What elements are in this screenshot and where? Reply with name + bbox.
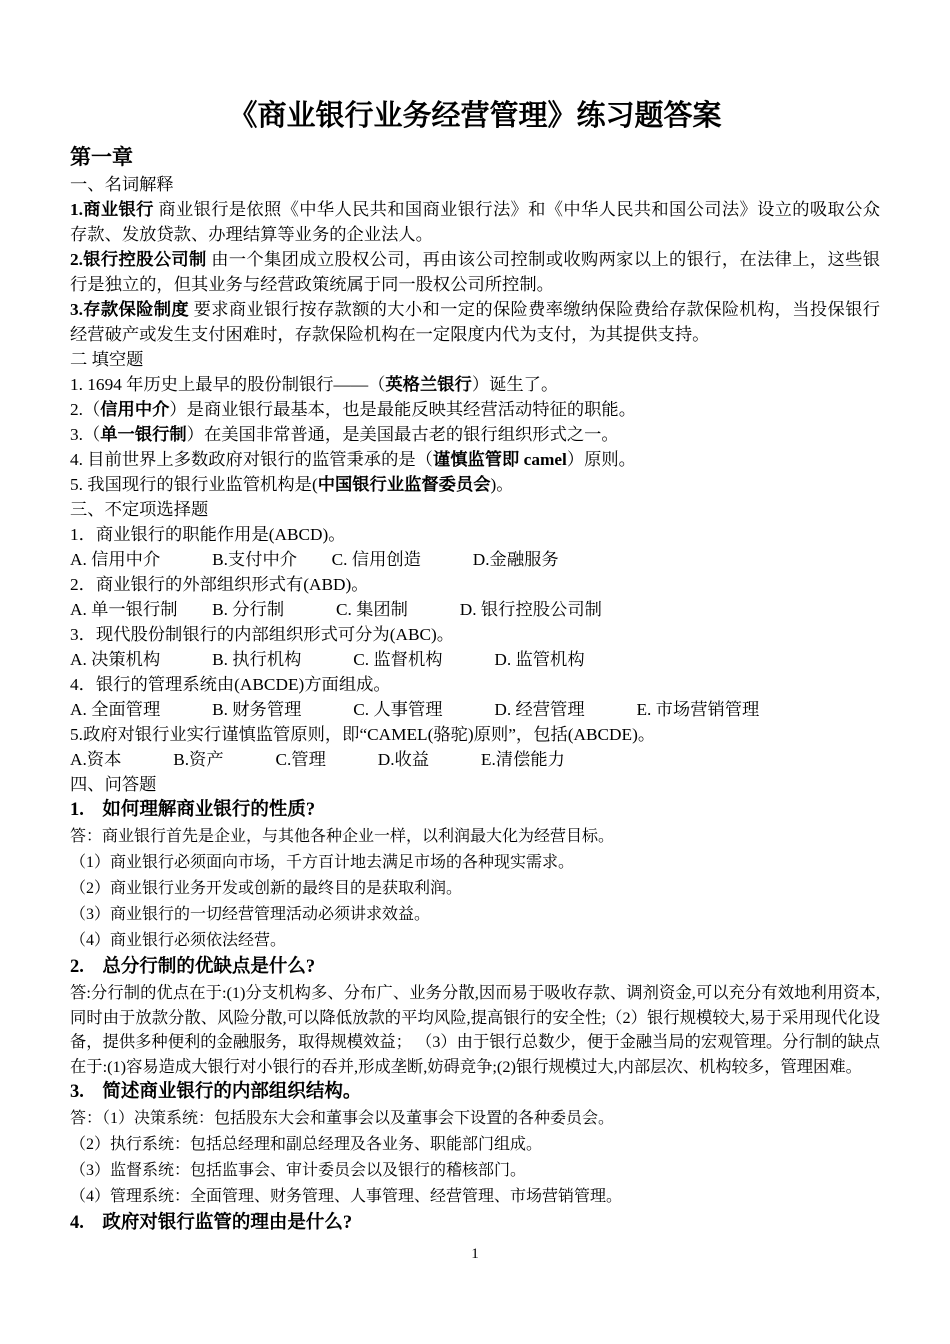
- section-heading-choice: 三、不定项选择题: [70, 497, 880, 522]
- qa-answer-line: （4）商业银行必须依法经营。: [70, 928, 880, 954]
- choice-question: 2．商业银行的外部组织形式有(ABD)。: [70, 572, 880, 597]
- fill-pre: 1. 1694 年历史上最早的股份制银行——（: [70, 375, 385, 394]
- term-item: 1.商业银行 商业银行是依照《中华人民共和国商业银行法》和《中华人民共和国公司法…: [70, 197, 880, 247]
- qa-answer-line: 答：商业银行首先是企业，与其他各种企业一样，以利润最大化为经营目标。: [70, 824, 880, 850]
- choice-options: A. 全面管理 B. 财务管理 C. 人事管理 D. 经营管理 E. 市场营销管…: [70, 697, 880, 722]
- qa-answer-paragraph: 答:分行制的优点在于:(1)分支机构多、分布广、业务分散,因而易于吸收存款、调剂…: [70, 981, 880, 1079]
- choice-question: 4．银行的管理系统由(ABCDE)方面组成。: [70, 672, 880, 697]
- fill-pre: 2.（: [70, 400, 100, 419]
- choice-options: A. 决策机构 B. 执行机构 C. 监督机构 D. 监管机构: [70, 647, 880, 672]
- choice-options: A.资本 B.资产 C.管理 D.收益 E.清偿能力: [70, 747, 880, 772]
- term-label: 3.存款保险制度: [70, 300, 189, 319]
- choice-question: 5.政府对银行业实行谨慎监管原则，即“CAMEL(骆驼)原则”，包括(ABCDE…: [70, 722, 880, 747]
- section-heading-fill: 二 填空题: [70, 347, 880, 372]
- qa-answer-line: （3）监督系统：包括监事会、审计委员会以及银行的稽核部门。: [70, 1158, 880, 1184]
- choice-options: A. 单一银行制 B. 分行制 C. 集团制 D. 银行控股公司制: [70, 597, 880, 622]
- fill-post: ）诞生了。: [472, 375, 558, 394]
- term-definition: 商业银行是依照《中华人民共和国商业银行法》和《中华人民共和国公司法》设立的吸取公…: [70, 200, 880, 244]
- qa-answer-line: （4）管理系统：全面管理、财务管理、人事管理、经营管理、市场营销管理。: [70, 1184, 880, 1210]
- qa-question: 3. 简述商业银行的内部组织结构。: [70, 1079, 880, 1106]
- fill-item: 5. 我国现行的银行业监管机构是(中国银行业监督委员会)。: [70, 472, 880, 497]
- qa-question: 2. 总分行制的优缺点是什么?: [70, 954, 880, 981]
- fill-answer: 英格兰银行: [385, 375, 471, 394]
- term-label: 2.银行控股公司制: [70, 250, 207, 269]
- section-heading-terms: 一、名词解释: [70, 172, 880, 197]
- choice-question: 3．现代股份制银行的内部组织形式可分为(ABC)。: [70, 622, 880, 647]
- fill-post: ）在美国非常普通，是美国最古老的银行组织形式之一。: [187, 425, 619, 444]
- qa-answer-line: （2）执行系统：包括总经理和副总经理及各业务、职能部门组成。: [70, 1132, 880, 1158]
- fill-item: 2.（信用中介）是商业银行最基本，也是最能反映其经营活动特征的职能。: [70, 397, 880, 422]
- fill-answer: 信用中介: [100, 400, 169, 419]
- fill-answer: 谨慎监管即 camel: [433, 450, 567, 469]
- fill-answer: 单一银行制: [100, 425, 186, 444]
- fill-item: 4. 目前世界上多数政府对银行的监管秉承的是（谨慎监管即 camel）原则。: [70, 447, 880, 472]
- fill-post: ）原则。: [567, 450, 636, 469]
- qa-question: 1. 如何理解商业银行的性质?: [70, 797, 880, 824]
- qa-answer-line: （2）商业银行业务开发或创新的最终目的是获取利润。: [70, 876, 880, 902]
- fill-pre: 4. 目前世界上多数政府对银行的监管秉承的是（: [70, 450, 433, 469]
- qa-answer-line: 答：（1）决策系统：包括股东大会和董事会以及董事会下设置的各种委员会。: [70, 1106, 880, 1132]
- choice-question: 1．商业银行的职能作用是(ABCD)。: [70, 522, 880, 547]
- fill-item: 1. 1694 年历史上最早的股份制银行——（英格兰银行）诞生了。: [70, 372, 880, 397]
- qa-answer-line: （1）商业银行必须面向市场，千方百计地去满足市场的各种现实需求。: [70, 850, 880, 876]
- page-number: 1: [0, 1244, 950, 1264]
- document-page: 《商业银行业务经营管理》练习题答案 第一章 一、名词解释 1.商业银行 商业银行…: [0, 0, 950, 1344]
- term-item: 3.存款保险制度 要求商业银行按存款额的大小和一定的保险费率缴纳保险费给存款保险…: [70, 297, 880, 347]
- fill-answer: 中国银行业监督委员会: [318, 475, 491, 494]
- section-heading-qa: 四、问答题: [70, 772, 880, 797]
- choice-options: A. 信用中介 B.支付中介 C. 信用创造 D.金融服务: [70, 547, 880, 572]
- fill-post: ）是商业银行最基本，也是最能反映其经营活动特征的职能。: [169, 400, 636, 419]
- qa-answer-line: （3）商业银行的一切经营管理活动必须讲求效益。: [70, 902, 880, 928]
- qa-question: 4. 政府对银行监管的理由是什么?: [70, 1210, 880, 1237]
- chapter-heading: 第一章: [70, 142, 880, 172]
- term-label: 1.商业银行: [70, 200, 154, 219]
- fill-pre: 3.（: [70, 425, 100, 444]
- page-title: 《商业银行业务经营管理》练习题答案: [70, 96, 880, 136]
- fill-post: )。: [491, 475, 514, 494]
- term-definition: 要求商业银行按存款额的大小和一定的保险费率缴纳保险费给存款保险机构，当投保银行经…: [70, 300, 880, 344]
- fill-pre: 5. 我国现行的银行业监管机构是(: [70, 475, 318, 494]
- fill-item: 3.（单一银行制）在美国非常普通，是美国最古老的银行组织形式之一。: [70, 422, 880, 447]
- term-item: 2.银行控股公司制 由一个集团成立股权公司，再由该公司控制或收购两家以上的银行，…: [70, 247, 880, 297]
